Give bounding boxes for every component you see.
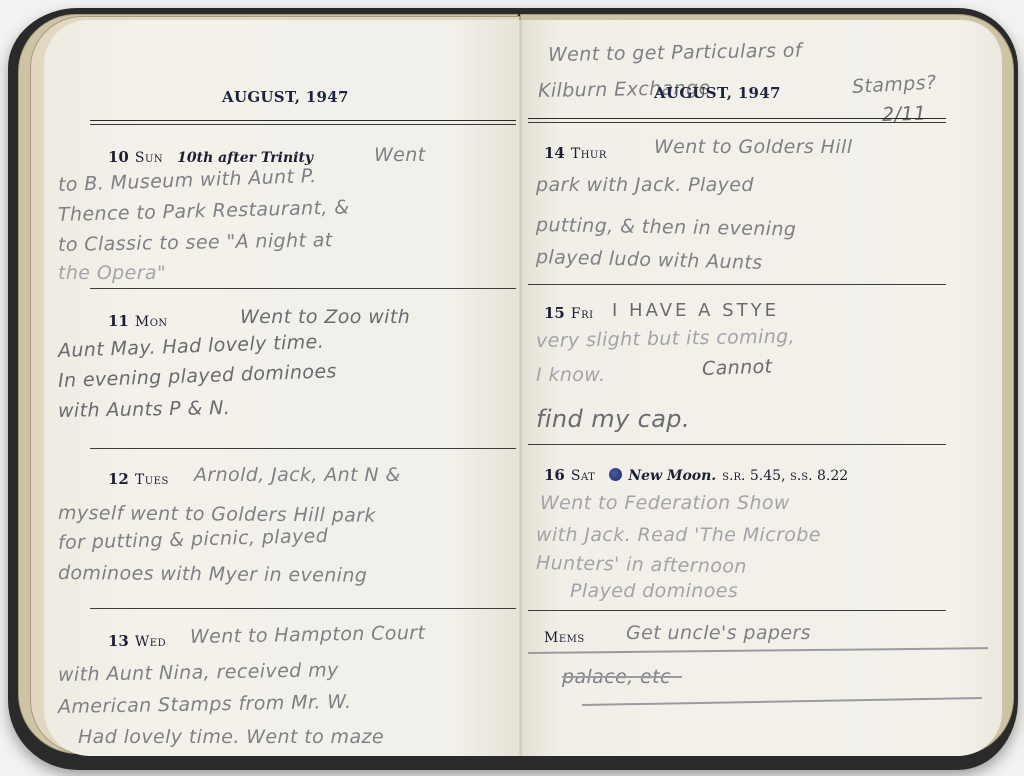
right-page: Went to get Particulars of Kilburn Excha… [522, 20, 1002, 756]
pencil-stroke [528, 647, 988, 653]
day-label-11: 11Mon [108, 312, 168, 330]
entry-line: American Stamps from Mr. W. [58, 687, 352, 722]
day-divider [528, 284, 946, 285]
day-label-13: 13Wed [108, 632, 166, 650]
day-number: 11 [108, 312, 129, 330]
entry-line: the Opera" [58, 258, 166, 288]
entry-line: with Aunt Nina, received my [58, 655, 339, 690]
entry-line: park with Jack. Played [536, 170, 754, 200]
entry-line: Thence to Park Restaurant, & [58, 192, 350, 230]
top-note-line: Stamps? [851, 68, 937, 102]
entry-line: Arnold, Jack, Ant N & [194, 460, 401, 490]
diary-photo: AUGUST, 1947 10Sun10th after Trinity Wen… [0, 0, 1024, 776]
pencil-stroke [582, 697, 982, 705]
entry-line: Went [374, 140, 426, 170]
entry-line: with Aunts P & N. [58, 393, 231, 426]
entry-line: Went to Federation Show [540, 488, 790, 518]
entry-line: dominoes with Myer in evening [58, 558, 368, 591]
entry-line: with Jack. Read 'The Microbe [536, 520, 821, 550]
day-of-week: Mon [135, 314, 168, 330]
day-divider [90, 288, 516, 289]
day-of-week: Tues [135, 472, 169, 488]
mems-line: Get uncle's papers [626, 618, 811, 648]
day-divider [528, 610, 946, 611]
entry-line: played ludo with Aunts [536, 242, 763, 278]
entry-line: find my cap. [536, 404, 690, 434]
entry-line: I know. [536, 360, 605, 390]
day-divider [90, 608, 516, 609]
day-number: 12 [108, 470, 129, 488]
entry-line: very slight but its coming, [536, 321, 796, 356]
entry-line: Played dominoes [570, 576, 738, 606]
day-of-week: Sun [135, 150, 163, 166]
day-label-15: 15Fri [544, 304, 594, 322]
day-note: New Moon. [628, 468, 716, 484]
month-header: AUGUST, 1947 [654, 84, 781, 102]
day-of-week: Fri [571, 306, 594, 322]
entry-line: Went to Hampton Court [190, 618, 426, 652]
day-number: 16 [544, 466, 565, 484]
top-note-line: Went to get Particulars of [548, 36, 802, 70]
pencil-strikethrough [562, 676, 682, 678]
month-header: AUGUST, 1947 [222, 88, 349, 106]
day-number: 15 [544, 304, 565, 322]
entry-line: Had lovely time. Went to maze [78, 722, 384, 752]
header-rule [90, 120, 516, 125]
day-label-14: 14Thur [544, 144, 607, 162]
day-number: 13 [108, 632, 129, 650]
header-rule [528, 118, 946, 123]
new-moon-icon [609, 468, 622, 481]
day-divider [90, 448, 516, 449]
day-of-week: Wed [135, 634, 166, 650]
day-divider [528, 444, 946, 445]
day-number: 14 [544, 144, 565, 162]
top-note-line: 2/11 [881, 98, 926, 130]
entry-line: to Classic to see "A night at [58, 225, 333, 260]
day-label-16: 16SatNew Moon.s.r. 5.45, s.s. 8.22 [544, 466, 848, 484]
day-of-week: Thur [571, 146, 607, 162]
entry-line: Went to Zoo with [240, 302, 410, 332]
day-label-12: 12Tues [108, 470, 169, 488]
entry-line: for putting & picnic, played [58, 521, 329, 558]
mems-label: Mems [544, 630, 585, 646]
day-number: 10 [108, 148, 129, 166]
sunrise-sunset-times: s.r. 5.45, s.s. 8.22 [722, 468, 848, 484]
day-of-week: Sat [571, 468, 595, 484]
entry-line: Went to Golders Hill [654, 132, 852, 162]
mems-label-text: Mems [544, 630, 585, 646]
left-page: AUGUST, 1947 10Sun10th after Trinity Wen… [44, 20, 522, 756]
entry-line: putting, & then in evening [536, 210, 797, 245]
entry-line: Cannot [701, 352, 772, 384]
